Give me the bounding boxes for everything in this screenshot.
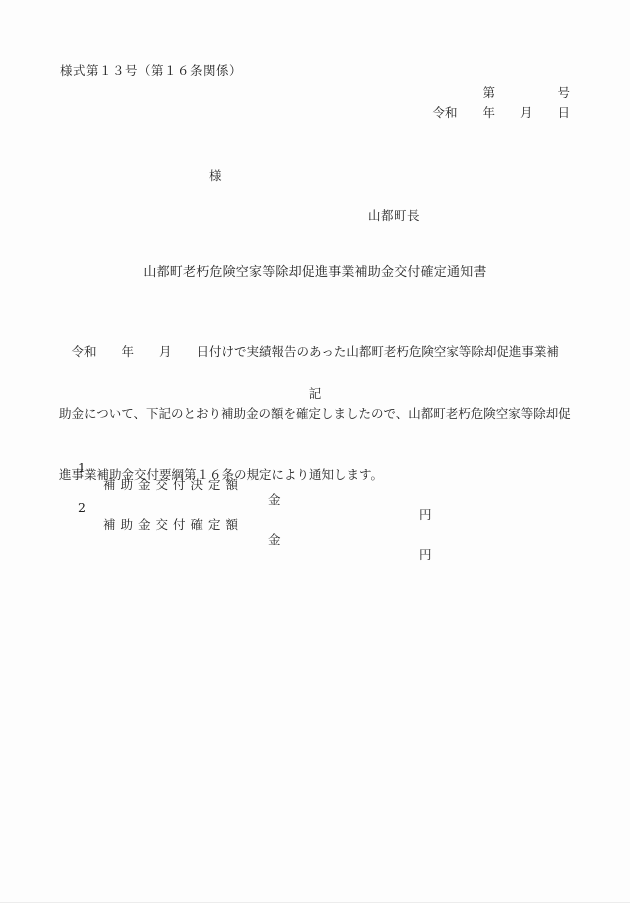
amount-unit: 円 [419, 545, 432, 563]
item-label: 補助金交付確定額 [103, 515, 243, 533]
sender-name: 山都町長 [368, 206, 420, 224]
item-number: 1 [78, 460, 86, 475]
document-page: 様式第１３号（第１６条関係） 第 号 令和 年 月 日 様 山都町長 山都町老朽… [0, 0, 630, 903]
body-line-2: 助金について、下記のとおり補助金の額を確定しましたので、山都町老朽危険空家等除却… [59, 404, 571, 425]
record-marker: 記 [0, 384, 630, 402]
document-title: 山都町老朽危険空家等除却促進事業補助金交付確定通知書 [0, 261, 630, 280]
document-number-line: 第 号 [482, 83, 570, 101]
subsidy-item-row-1: 1 補助金交付決定額 金 円 [0, 445, 630, 465]
body-line-1: 令和 年 月 日付けで実績報告のあった山都町老朽危険空家等除却促進事業補 [59, 342, 571, 363]
subsidy-item-row-2: 2 補助金交付確定額 金 円 [0, 485, 630, 505]
amount-prefix: 金 [268, 530, 281, 548]
amount-unit: 円 [419, 505, 432, 523]
addressee-honorific: 様 [209, 166, 222, 184]
form-number: 様式第１３号（第１６条関係） [60, 61, 242, 79]
item-number: 2 [78, 500, 86, 515]
date-line: 令和 年 月 日 [432, 103, 570, 121]
